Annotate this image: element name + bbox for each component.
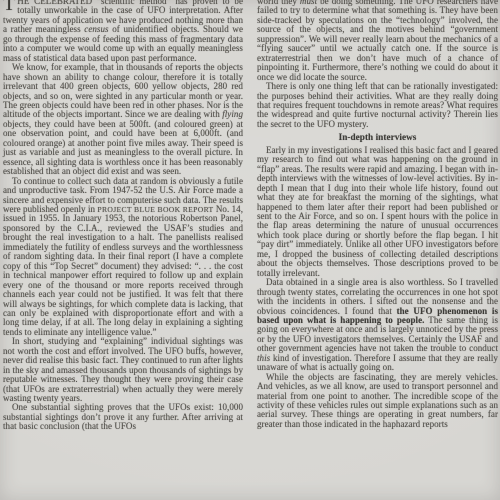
book-page: THE CELEBRATED “scientific method” has p… — [0, 0, 500, 500]
text-run: In short, studying and “explaining” indi… — [3, 336, 243, 403]
paragraph: While the objects are fascinating, they … — [257, 373, 498, 430]
text-run: objects, they could have been at 500ft. … — [3, 119, 243, 176]
drop-cap: T — [3, 0, 17, 12]
text-run: There is only one thing left that can be… — [257, 81, 498, 129]
paragraph: We know, for example, that in thousands … — [3, 63, 243, 176]
text-run: No. 14, issued in 1955. In January 1953,… — [3, 204, 243, 337]
paragraph: There is only one thing left that can be… — [257, 82, 498, 129]
paragraph: Data obtained in a single area is also w… — [257, 278, 498, 373]
text-run: Early in my investigations I realised th… — [257, 145, 498, 278]
section-heading: In-depth interviews — [257, 133, 498, 142]
paragraph: One substantial sighting proves that the… — [3, 403, 243, 431]
text-run: While the objects are fascinating, they … — [257, 372, 498, 429]
paragraph: In short, studying and “explaining” indi… — [3, 337, 243, 403]
text-run: One substantial sighting proves that the… — [3, 402, 243, 431]
text-run: We know, for example, that in thousands … — [3, 62, 243, 119]
paragraph: world they must be doing something. The … — [257, 0, 498, 82]
paragraph: Early in my investigations I realised th… — [257, 146, 498, 278]
text-run: be doing something. The UFO researchers … — [257, 0, 498, 82]
paragraph: To continue to collect such data at rand… — [3, 177, 243, 338]
left-column: THE CELEBRATED “scientific method” has p… — [3, 0, 243, 432]
paragraph: THE CELEBRATED “scientific method” has p… — [3, 0, 243, 63]
text-run: kind of investigation. Therefore I assum… — [257, 353, 498, 372]
right-column: world they must be doing something. The … — [257, 0, 498, 429]
